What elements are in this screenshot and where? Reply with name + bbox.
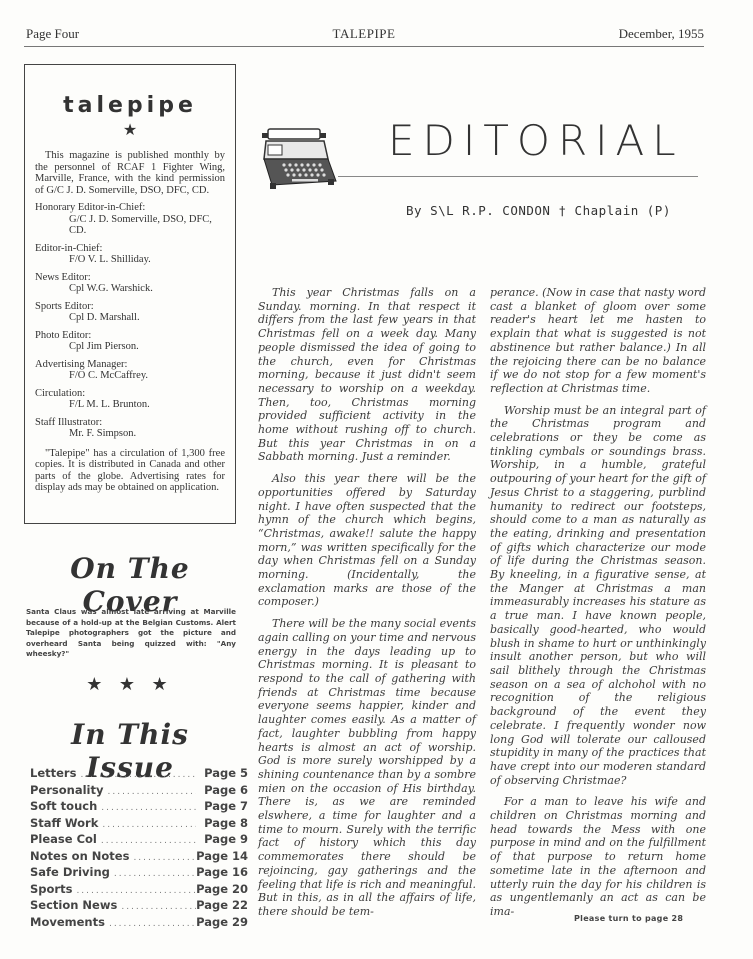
- toc-label: Movements: [30, 915, 105, 929]
- staff-role: Honorary Editor-in-Chief:: [35, 202, 225, 214]
- leader-dots: ......................................: [129, 853, 196, 863]
- staff-list: Honorary Editor-in-Chief:G/C J. D. Somer…: [35, 202, 225, 440]
- cover-caption: Santa Claus was almost late arriving at …: [26, 607, 236, 660]
- byline: By S\L R.P. CONDON † Chaplain (P): [406, 203, 671, 218]
- toc-label: Please Col: [30, 832, 97, 846]
- issue-date: December, 1955: [619, 26, 704, 42]
- typewriter-icon: [258, 125, 338, 195]
- staff-entry: Staff Illustrator:Mr. F. Simpson.: [35, 417, 225, 440]
- toc-page: Page 14: [196, 849, 248, 863]
- toc-page: Page 29: [196, 915, 248, 929]
- toc-item[interactable]: Personality.............................…: [30, 783, 248, 800]
- page-header: Page Four TALEPIPE December, 1955: [24, 26, 704, 47]
- leader-dots: ......................................: [117, 902, 196, 912]
- staff-name: Mr. F. Simpson.: [35, 428, 225, 440]
- toc-page: Page 7: [196, 799, 248, 813]
- toc-item[interactable]: Please Col..............................…: [30, 832, 248, 849]
- toc-label: Notes on Notes: [30, 849, 129, 863]
- article-column-2: perance. (Now in case that nasty word ca…: [490, 286, 706, 927]
- toc-page: Page 6: [196, 783, 248, 797]
- paragraph: This year Christmas falls on a Sunday. m…: [258, 286, 476, 464]
- masthead-title: talepipe: [35, 93, 225, 118]
- staff-name: F/L M. L. Brunton.: [35, 399, 225, 411]
- staff-role: Staff Illustrator:: [35, 417, 225, 429]
- toc-page: Page 16: [196, 865, 248, 879]
- toc-label: Section News: [30, 898, 117, 912]
- masthead-intro: This magazine is published monthly by th…: [35, 150, 225, 196]
- stars-separator-icon: ★ ★ ★: [24, 674, 236, 695]
- toc-item[interactable]: Notes on Notes..........................…: [30, 849, 248, 866]
- staff-name: Cpl D. Marshall.: [35, 312, 225, 324]
- staff-name: G/C J. D. Somerville, DSO, DFC, CD.: [35, 214, 225, 237]
- masthead-box: talepipe ★ This magazine is published mo…: [24, 64, 236, 524]
- staff-role: Advertising Manager:: [35, 359, 225, 371]
- toc-page: Page 9: [196, 832, 248, 846]
- paragraph: Worship must be an integral part of the …: [490, 404, 706, 788]
- leader-dots: ......................................: [76, 770, 196, 780]
- leader-dots: ......................................: [97, 803, 196, 813]
- toc-label: Soft touch: [30, 799, 97, 813]
- leader-dots: ......................................: [97, 836, 196, 846]
- staff-entry: Honorary Editor-in-Chief:G/C J. D. Somer…: [35, 202, 225, 237]
- leader-dots: ......................................: [98, 820, 196, 830]
- staff-role: Sports Editor:: [35, 301, 225, 313]
- toc-label: Staff Work: [30, 816, 98, 830]
- staff-entry: Photo Editor:Cpl Jim Pierson.: [35, 330, 225, 353]
- toc-item[interactable]: Staff Work..............................…: [30, 816, 248, 833]
- toc-item[interactable]: Sports..................................…: [30, 882, 248, 899]
- leader-dots: ......................................: [105, 919, 196, 929]
- staff-name: F/O C. McCaffrey.: [35, 370, 225, 382]
- editorial-heading: EDITORIAL: [388, 116, 684, 165]
- star-icon: ★: [35, 120, 225, 140]
- toc-page: Page 22: [196, 898, 248, 912]
- staff-entry: Sports Editor:Cpl D. Marshall.: [35, 301, 225, 324]
- toc-label: Sports: [30, 882, 72, 896]
- circulation-note: "Talepipe" has a circulation of 1,300 fr…: [35, 448, 225, 494]
- toc-item[interactable]: Soft touch..............................…: [30, 799, 248, 816]
- heading-rule: [338, 176, 698, 177]
- staff-entry: Circulation:F/L M. L. Brunton.: [35, 388, 225, 411]
- toc-page: Page 5: [196, 766, 248, 780]
- publication-name: TALEPIPE: [24, 26, 704, 42]
- staff-name: F/O V. L. Shilliday.: [35, 254, 225, 266]
- table-of-contents: Letters.................................…: [30, 766, 248, 931]
- toc-label: Letters: [30, 766, 76, 780]
- toc-page: Page 8: [196, 816, 248, 830]
- leader-dots: ......................................: [103, 787, 196, 797]
- staff-role: Circulation:: [35, 388, 225, 400]
- toc-label: Safe Driving: [30, 865, 110, 879]
- staff-entry: Advertising Manager:F/O C. McCaffrey.: [35, 359, 225, 382]
- toc-label: Personality: [30, 783, 103, 797]
- paragraph: Also this year there will be the opportu…: [258, 472, 476, 609]
- staff-role: Photo Editor:: [35, 330, 225, 342]
- leader-dots: ......................................: [110, 869, 196, 879]
- staff-role: News Editor:: [35, 272, 225, 284]
- paragraph: perance. (Now in case that nasty word ca…: [490, 286, 706, 396]
- article-column-1: This year Christmas falls on a Sunday. m…: [258, 286, 476, 927]
- paragraph: There will be the many social events aga…: [258, 617, 476, 918]
- staff-name: Cpl W.G. Warshick.: [35, 283, 225, 295]
- toc-page: Page 20: [196, 882, 248, 896]
- staff-entry: Editor-in-Chief:F/O V. L. Shilliday.: [35, 243, 225, 266]
- toc-item[interactable]: Section News............................…: [30, 898, 248, 915]
- continued-link[interactable]: Please turn to page 28: [574, 914, 683, 923]
- leader-dots: ......................................: [72, 886, 196, 896]
- toc-item[interactable]: Movements...............................…: [30, 915, 248, 932]
- toc-item[interactable]: Letters.................................…: [30, 766, 248, 783]
- staff-entry: News Editor:Cpl W.G. Warshick.: [35, 272, 225, 295]
- paragraph: For a man to leave his wife and children…: [490, 795, 706, 918]
- toc-item[interactable]: Safe Driving............................…: [30, 865, 248, 882]
- staff-role: Editor-in-Chief:: [35, 243, 225, 255]
- staff-name: Cpl Jim Pierson.: [35, 341, 225, 353]
